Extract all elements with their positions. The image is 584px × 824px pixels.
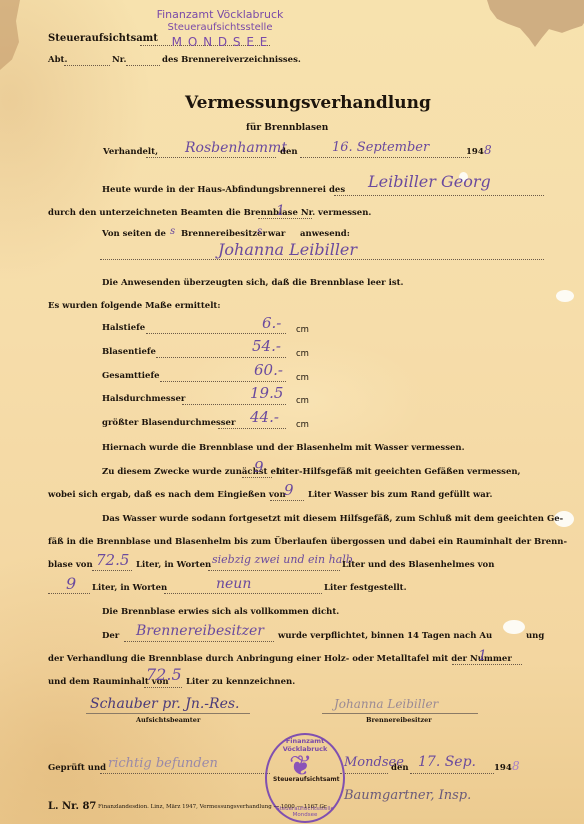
water-p3-a: wobei sich ergab, daß es nach dem Eingie… (48, 490, 286, 500)
poured-value: 9 (284, 481, 294, 499)
measurement-label: Blasentiefe (102, 347, 156, 357)
verification-field (100, 773, 270, 774)
owner-field (334, 195, 544, 196)
measurement-label: Halstiefe (102, 323, 145, 333)
intro-line3-b: Brennereibesitzer (181, 229, 267, 239)
helm-volume-field (48, 593, 90, 594)
verification-fill: richtig befunden (108, 756, 218, 771)
owner-label: Brennereibesitzer (366, 716, 432, 724)
date-field (300, 157, 470, 158)
intro-line3-a: Von seiten de (102, 229, 166, 239)
measurement-value: 19.5 (250, 384, 283, 402)
place-handwritten: Rosbenhammt (185, 140, 287, 156)
water-p4-line4-a: Liter, in Worten (92, 583, 167, 593)
verification-label: Geprüft und (48, 763, 106, 773)
nr-label: Nr. (112, 55, 126, 65)
helper-vessel-field (242, 477, 272, 478)
present-person-handwritten: Johanna Leibiller (218, 240, 357, 259)
place-field (146, 157, 276, 158)
measurement-value: 44.- (250, 408, 279, 426)
document-title: Vermessungsverhandlung (185, 93, 431, 113)
office-stamp-line3: M O N D S E E (150, 35, 290, 49)
office-label: Steueraufsichtsamt (48, 33, 158, 44)
measurement-value: 60.- (254, 361, 283, 379)
water-p4-line1: Das Wasser wurde sodann fortgesetzt mit … (102, 514, 563, 524)
helm-volume-value: 9 (66, 574, 76, 593)
measurement-field (218, 428, 286, 429)
owner-signature: Johanna Leibiller (334, 697, 438, 711)
inspector-signature: Baumgartner, Insp. (344, 788, 471, 803)
obligation-line3-b: Liter zu kennzeichnen. (186, 677, 295, 687)
official-label: Aufsichtsbeamter (136, 716, 200, 724)
intro-line3-fill1: s (170, 226, 175, 237)
abt-field (64, 65, 110, 66)
year-prefix: 194 (466, 147, 484, 157)
water-p4-line3-b: Liter, in Worten (136, 560, 211, 570)
owner-handwritten: Leibiller Georg (368, 172, 491, 191)
water-p3-b: Liter Wasser bis zum Rand gefüllt war. (308, 490, 492, 500)
intro-line1: Heute wurde in der Haus-Abfindungsbrenne… (102, 185, 345, 195)
date-handwritten: 16. September (332, 140, 429, 155)
still-volume-value: 72.5 (96, 551, 129, 569)
tight-text: Die Brennblase erwies sich als vollkomme… (102, 607, 339, 617)
intro-line3-d: anwesend: (300, 229, 350, 239)
form-number: L. Nr. 87 (48, 801, 96, 812)
water-p2-b: Liter-Hilfsgefäß mit geeichten Gefäßen v… (276, 467, 521, 477)
still-volume-field (92, 570, 132, 571)
obligated-party: Brennereibesitzer (136, 623, 264, 639)
verification-date: 17. Sep. (418, 754, 476, 770)
seal-center-text: Steueraufsichtsamt (273, 776, 337, 783)
verification-date-field (410, 773, 494, 774)
measurement-unit: cm (296, 420, 309, 430)
measurement-label: Halsdurchmesser (102, 394, 185, 404)
signature-line (86, 713, 250, 714)
paper-hole (556, 290, 574, 302)
helper-vessel-value: 9 (254, 458, 264, 476)
verhandelt-label: Verhandelt, (103, 147, 158, 157)
measurement-unit: cm (296, 349, 309, 359)
still-number-field (258, 218, 312, 219)
helm-volume-words: neun (216, 576, 251, 592)
water-p4-line3-a: blase von (48, 560, 93, 570)
measurement-value: 6.- (262, 314, 281, 332)
official-signature: Schauber pr. Jn.-Res. (90, 696, 240, 712)
register-label: des Brennereiverzeichnisses. (162, 55, 301, 65)
obligation-b: wurde verpflichtet, binnen 14 Tagen nach… (278, 631, 492, 641)
abt-label: Abt. (48, 55, 67, 65)
present-person-field (100, 259, 544, 260)
document-subtitle: für Brennblasen (246, 123, 328, 133)
plate-volume: 72.5 (146, 665, 182, 684)
intro-line3-c: war (268, 229, 285, 239)
signature-line (322, 713, 478, 714)
measurement-label: größter Blasendurchmesser (102, 418, 235, 428)
obligation-a: Der (102, 631, 119, 641)
intro-line3-fill2: s (257, 226, 262, 237)
measurement-unit: cm (296, 373, 309, 383)
measurement-unit: cm (296, 396, 309, 406)
water-p4-line3-c: Liter und des Blasenhelmes von (342, 560, 494, 570)
still-volume-words: siebzig zwei und ein halb (212, 553, 353, 566)
intro-line2-end: vermessen. (318, 208, 371, 218)
poured-field (270, 500, 304, 501)
measurement-field (160, 381, 286, 382)
empty-check-text: Die Anwesenden überzeugten sich, daß die… (102, 278, 404, 288)
water-p1: Hiernach wurde die Brennblase und der Bl… (102, 443, 465, 453)
measurements-heading: Es wurden folgende Maße ermittelt: (48, 301, 221, 311)
paper-hole (503, 620, 525, 634)
obligated-party-field (124, 641, 274, 642)
helm-volume-words-field (164, 593, 322, 594)
measurement-field (156, 357, 286, 358)
measurement-field (146, 333, 286, 334)
verification-year-prefix: 194 (494, 763, 512, 773)
water-p4-line4-b: Liter festgestellt. (324, 583, 407, 593)
obligation-line2: der Verhandlung die Brennblase durch Anb… (48, 654, 512, 664)
water-p4-line2: fäß in die Brennblase und Blasenhelm bis… (48, 537, 567, 547)
plate-volume-field (144, 687, 182, 688)
measurement-label: Gesamttiefe (102, 371, 160, 381)
measurement-value: 54.- (252, 337, 281, 355)
year-suffix: 8 (484, 143, 492, 157)
measurement-unit: cm (296, 325, 309, 335)
still-number-handwritten: 1 (276, 203, 285, 219)
den-label: den (280, 147, 298, 157)
verification-place-field (340, 773, 388, 774)
still-volume-words-field (208, 570, 340, 571)
nr-field (126, 65, 160, 66)
obligation-b-end: ung (526, 631, 544, 641)
plate-number-field (452, 664, 522, 665)
office-stamp-line2: Steueraufsichtsstelle (150, 22, 290, 33)
imprint: Finanzlandesdion. Linz, März 1947, Verme… (98, 804, 327, 810)
verification-year-suffix: 8 (512, 759, 520, 773)
verification-den-label: den (391, 763, 409, 773)
plate-number: 1 (478, 648, 487, 664)
measurement-field (182, 404, 286, 405)
office-stamp-line1: Finanzamt Vöcklabruck (150, 8, 290, 21)
